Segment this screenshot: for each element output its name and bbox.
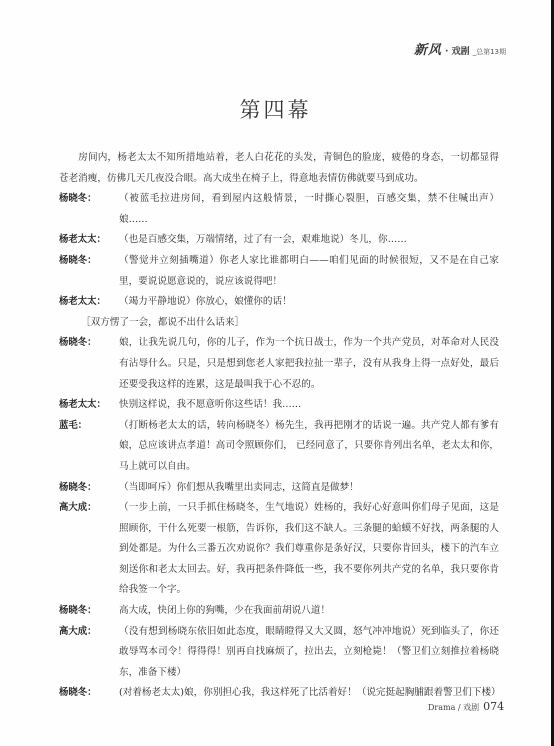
speaker-name: 杨老太太：: [59, 230, 119, 251]
dialogue-line: 杨晓冬： 高大成，快闭上你的狗嘴，少在我面前胡说八道！: [59, 601, 499, 622]
speech-text: 高大成，快闭上你的狗嘴，少在我面前胡说八道！: [119, 601, 499, 622]
speech-text: （警觉并立刻插嘴道）你老人家比谁都明白——咱们见面的时候很短，又不是在自己家里，…: [119, 251, 499, 292]
speech-text: （被蓝毛拉进房间，看到屋内这般情景，一时撕心裂胆，百感交集，禁不住喊出声）娘……: [119, 189, 499, 230]
dialogue-line: 杨老太太： （也是百感交集，万端情绪，过了有一会，艰难地说）冬儿，你……: [59, 230, 499, 251]
dialogue-line: 杨老太太： 快别这样说，我不愿意听你这些话！我……: [59, 395, 499, 416]
speaker-name: 杨老太太：: [59, 292, 119, 313]
speaker-name: 杨老太太：: [59, 395, 119, 416]
document-page: 新风 · 戏剧 _总第13期 第四幕 房间内，杨老太太不知所措地站着，老人白花花…: [0, 0, 554, 746]
speech-text: （竭力平静地说）你放心，娘懂你的话！: [119, 292, 499, 313]
running-header: 新风 · 戏剧 _总第13期: [414, 39, 506, 58]
speech-text: （也是百感交集，万端情绪，过了有一会，艰难地说）冬儿，你……: [119, 230, 499, 251]
issue-number: _总第13期: [473, 47, 506, 57]
speaker-name: 杨晓冬：: [59, 683, 119, 704]
dialogue-line: 杨晓冬： （警觉并立刻插嘴道）你老人家比谁都明白——咱们见面的时候很短，又不是在…: [59, 251, 499, 292]
dialogue-line: 杨晓冬： 娘，让我先说几句，你的儿子，作为一个抗日战士，作为一个共产党员，对革命…: [59, 333, 499, 395]
speech-text: 快别这样说，我不愿意听你这些话！我……: [119, 395, 499, 416]
script-body: 房间内，杨老太太不知所措地站着，老人白花花的头发，青铜色的脸庞，疲倦的身态，一切…: [59, 148, 499, 704]
speech-text: （当即呵斥）你们想从我嘴里出卖同志，这简直是做梦！: [119, 478, 499, 499]
dialogue-line: 蓝毛： （打断杨老太太的话，转向杨晓冬）杨先生，我再把刚才的话说一遍。共产党人都…: [59, 416, 499, 478]
speech-text: 娘，让我先说几句，你的儿子，作为一个抗日战士，作为一个共产党员，对革命对人民没有…: [119, 333, 499, 395]
magazine-logo: 新风: [414, 39, 442, 58]
speaker-name: 杨晓冬：: [59, 333, 119, 395]
dialogue-line: 高大成： （一步上前，一只手抓住杨晓冬，生气地说）姓杨的，我好心好意叫你们母子见…: [59, 498, 499, 601]
dialogue-line: 杨晓冬： （当即呵斥）你们想从我嘴里出卖同志，这简直是做梦！: [59, 478, 499, 499]
speaker-name: 杨晓冬：: [59, 601, 119, 622]
dialogue-line: 杨晓冬： （被蓝毛拉进房间，看到屋内这般情景，一时撕心裂胆，百感交集，禁不住喊出…: [59, 189, 499, 230]
speech-text: （打断杨老太太的话，转向杨晓冬）杨先生，我再把刚才的话说一遍。共产党人都有爹有娘…: [119, 416, 499, 478]
speaker-name: 杨晓冬：: [59, 478, 119, 499]
speaker-name: 杨晓冬：: [59, 251, 119, 292]
speaker-name: 高大成：: [59, 498, 119, 601]
footer-section-label: Drama / 戏剧: [428, 702, 479, 713]
act-title: 第四幕: [0, 94, 551, 124]
scene-description: 房间内，杨老太太不知所措地站着，老人白花花的头发，青铜色的脸庞，疲倦的身态，一切…: [59, 148, 499, 189]
section-label: · 戏剧: [445, 44, 470, 57]
speech-text: （一步上前，一只手抓住杨晓冬，生气地说）姓杨的，我好心好意叫你们母子见面，这是照…: [119, 498, 499, 601]
dialogue-line: 高大成： （没有想到杨晓东依旧如此态度，眼睛瞪得又大又圆，怒气冲冲地说）死到临头…: [59, 622, 499, 684]
speech-text: （没有想到杨晓东依旧如此态度，眼睛瞪得又大又圆，怒气冲冲地说）死到临头了，你还敢…: [119, 622, 499, 684]
page-footer: Drama / 戏剧 074: [428, 700, 504, 713]
dialogue-line: 杨老太太： （竭力平静地说）你放心，娘懂你的话！: [59, 292, 499, 313]
page-number: 074: [483, 700, 504, 713]
speaker-name: 蓝毛：: [59, 416, 119, 478]
speaker-name: 高大成：: [59, 622, 119, 684]
stage-direction: ［双方愣了一会，都说不出什么话来］: [59, 313, 499, 334]
speaker-name: 杨晓冬：: [59, 189, 119, 230]
